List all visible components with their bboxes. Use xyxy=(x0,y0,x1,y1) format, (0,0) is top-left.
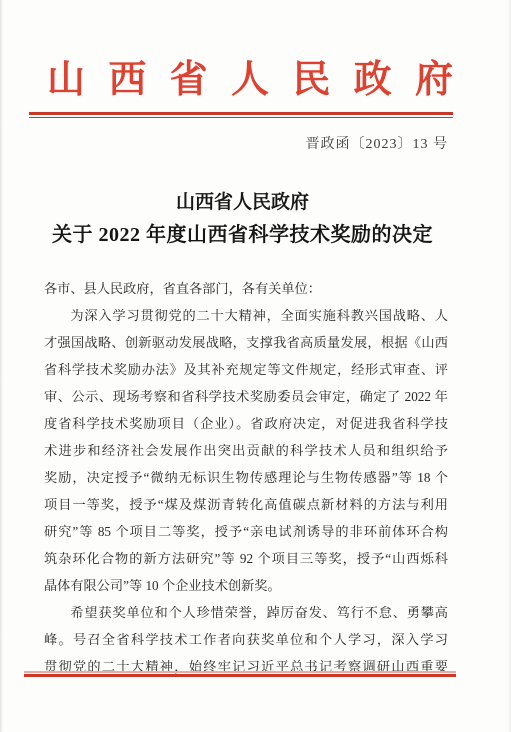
body-line-salutation: 各市、县人民政府，省直各部门，各有关单位： xyxy=(44,275,448,302)
scan-edge-left xyxy=(0,0,3,732)
body-line: 筑杂环化合物的新方法研究”等 92 个项目三等奖，授予“山西烁科 xyxy=(44,545,448,572)
body-line: 为深入学习贯彻党的二十大精神，全面实施科教兴国战略、人 xyxy=(44,302,448,329)
body-line: 审、公示、现场考察和省科学技术奖励委员会审定，确定了 2022 年 xyxy=(44,383,448,410)
document-title: 山西省人民政府 关于 2022 年度山西省科学技术奖励的决定 xyxy=(35,190,450,250)
body-line: 度省科学技术奖励项目（企业）。省政府决定，对促进我省科学技 xyxy=(44,410,448,437)
scanned-document-page: 山 西 省 人 民 政 府 晋政函〔2023〕13 号 山西省人民政府 关于 2… xyxy=(0,0,511,732)
footer-rule-red-line xyxy=(24,674,456,677)
footer-double-rule xyxy=(24,671,456,677)
masthead-rule-thin-line xyxy=(29,117,453,118)
masthead-double-rule xyxy=(29,112,453,118)
body-line: 省科学技术奖励办法》及其补充规定等文件规定，经形式审查、评 xyxy=(44,356,448,383)
masthead-title: 山 西 省 人 民 政 府 xyxy=(47,58,453,102)
title-line-2: 关于 2022 年度山西省科学技术奖励的决定 xyxy=(35,220,450,250)
body-line: 奖励，决定授予“微纳无标识生物传感理论与生物传感器”等 18 个 xyxy=(44,464,448,491)
body-line: 才强国战略、创新驱动发展战略，支撑我省高质量发展，根据《山西 xyxy=(44,329,448,356)
document-number: 晋政函〔2023〕13 号 xyxy=(44,136,448,154)
title-line-1: 山西省人民政府 xyxy=(35,190,450,216)
body-line: 希望获奖单位和个人珍惜荣誉，踔厉奋发、笃行不怠、勇攀高 xyxy=(44,599,448,626)
body-line: 项目一等奖，授予“煤及煤沥青转化高值碳点新材料的方法与利用 xyxy=(44,491,448,518)
body-line: 晶体有限公司”等 10 个企业技术创新奖。 xyxy=(44,572,448,599)
body-line: 研究”等 85 个项目二等奖，授予“亲电试剂诱导的非环前体环合构 xyxy=(44,518,448,545)
body-line: 术进步和经济社会发展作出突出贡献的科学技术人员和组织给予 xyxy=(44,437,448,464)
document-body: 各市、县人民政府，省直各部门，各有关单位： 为深入学习贯彻党的二十大精神，全面实… xyxy=(44,275,448,680)
body-line: 峰。号召全省科学技术工作者向获奖单位和个人学习，深入学习 xyxy=(44,626,448,653)
